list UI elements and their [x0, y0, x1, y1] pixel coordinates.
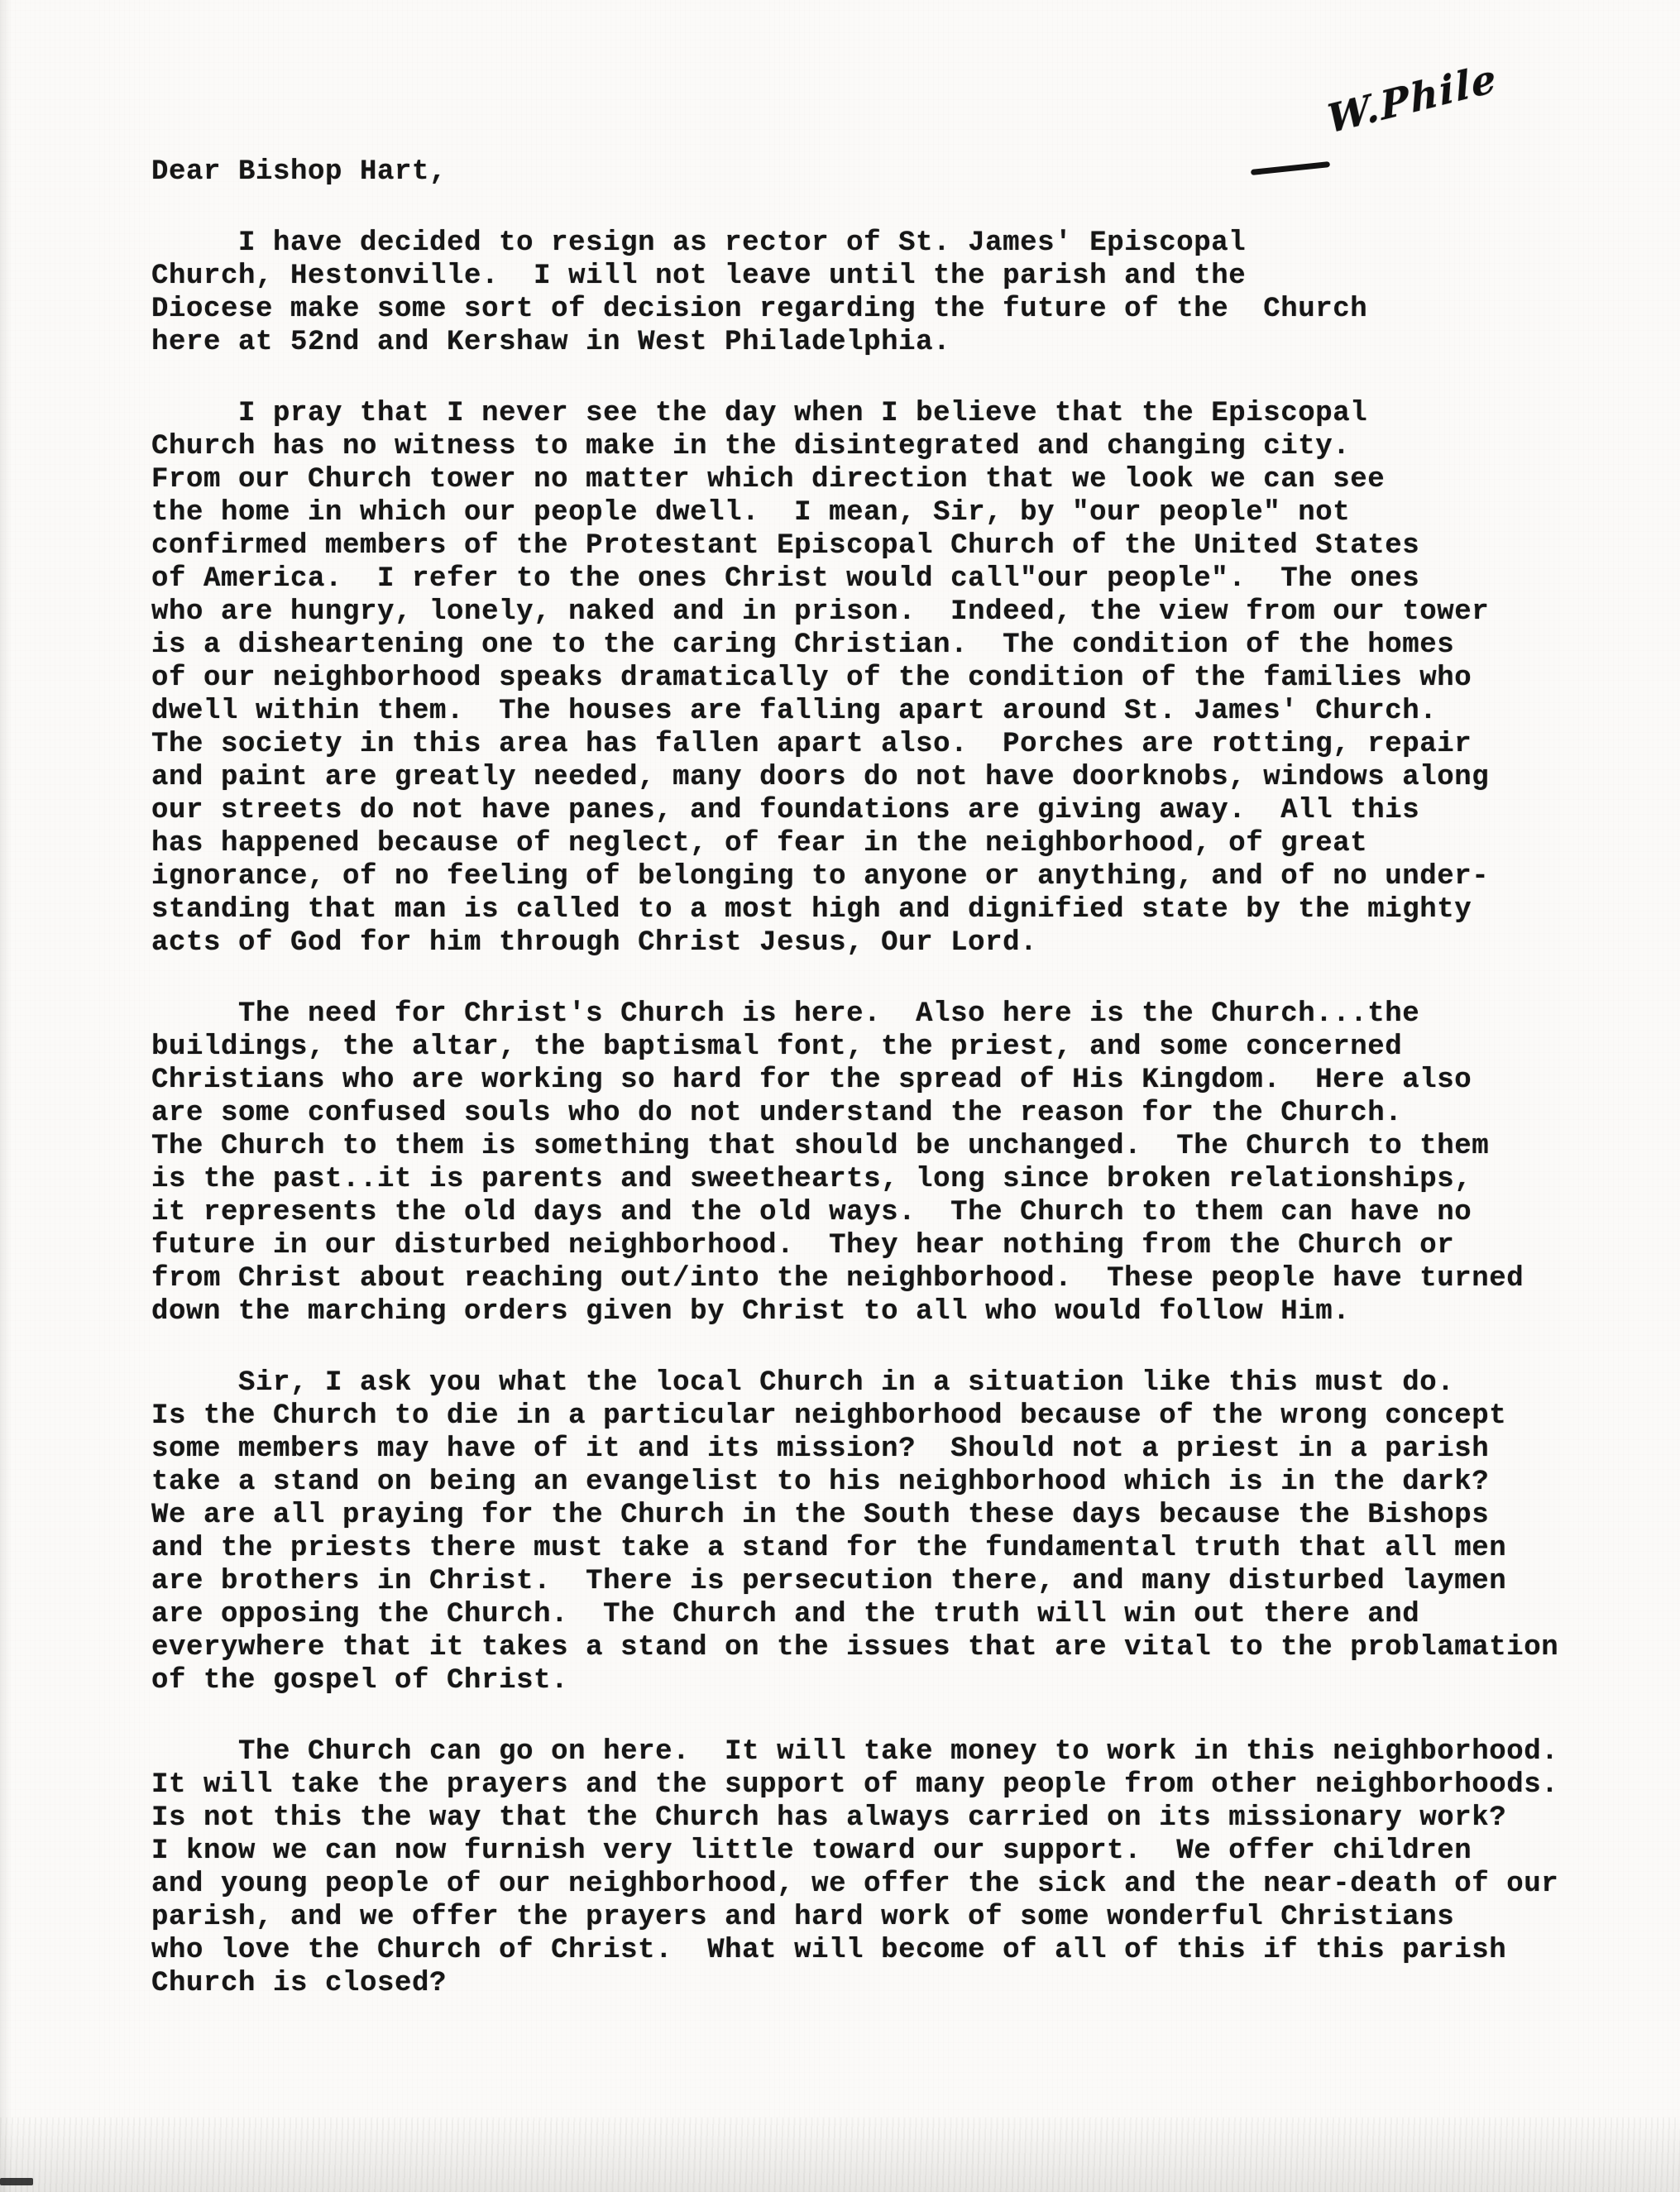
paragraph-1-line-1: I have decided to resign as rector of St… — [151, 227, 1246, 259]
paragraph-3: The need for Christ's Church is here. Al… — [151, 998, 1680, 1328]
paragraph-5: The Church can go on here. It will take … — [151, 1735, 1680, 2000]
scan-noise-band — [0, 2118, 1680, 2192]
letter-body: Dear Bishop Hart, I have decided to resi… — [0, 0, 1680, 2000]
scan-left-edge-shade — [0, 0, 12, 2192]
scan-corner-mark — [0, 2178, 33, 2185]
paragraph-4: Sir, I ask you what the local Church in … — [151, 1366, 1680, 1697]
paragraph-1: I have decided to resign as rector of St… — [151, 227, 1680, 359]
salutation: Dear Bishop Hart, — [151, 156, 1680, 189]
paragraph-2: I pray that I never see the day when I b… — [151, 397, 1680, 960]
letter-page: Dear Bishop Hart, I have decided to resi… — [0, 0, 1680, 2192]
paragraph-1-continuation: Church, Hestonville. I will not leave un… — [151, 261, 1367, 358]
